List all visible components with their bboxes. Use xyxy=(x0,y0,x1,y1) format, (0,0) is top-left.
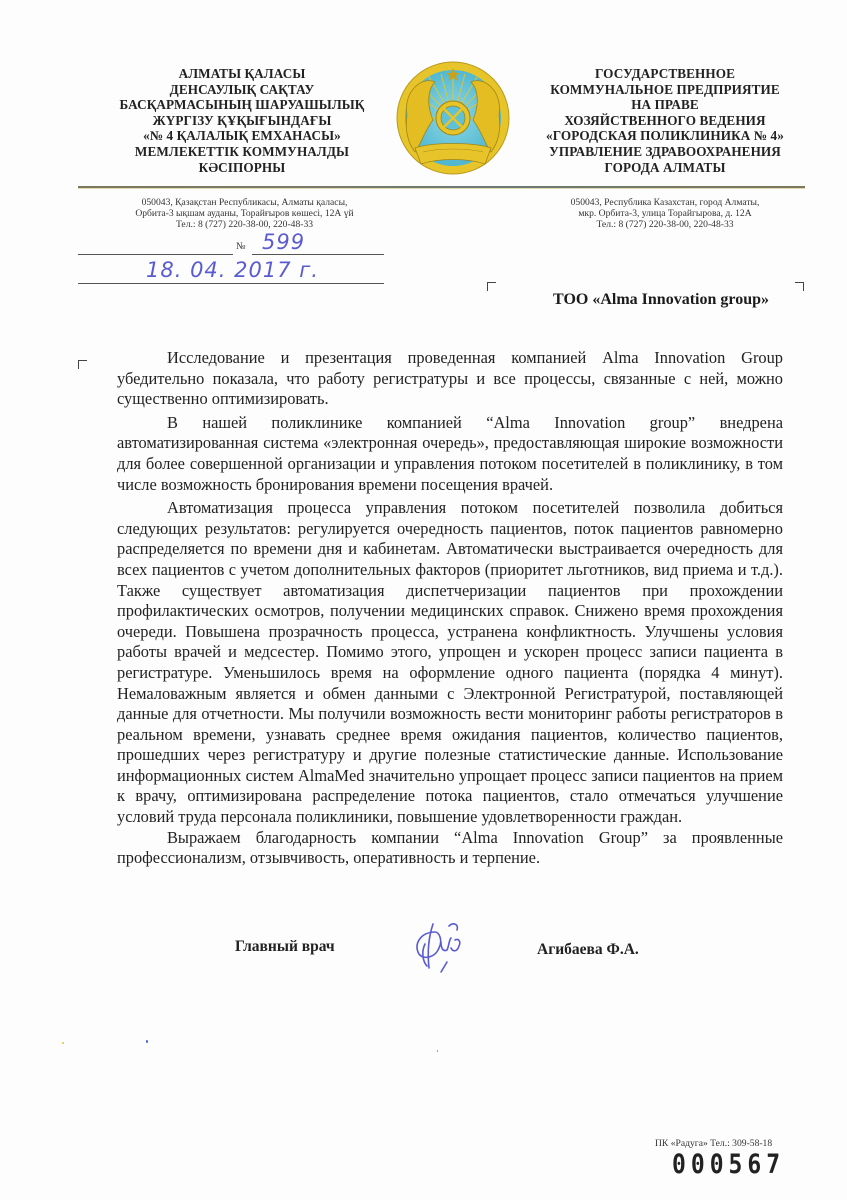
letter-body: Исследование и презентация проведенная к… xyxy=(117,348,783,869)
address-ru: 050043, Республика Казахстан, город Алма… xyxy=(515,197,815,231)
registration-line-right xyxy=(252,254,384,255)
corner-mark-icon xyxy=(78,360,87,369)
registration-line-left xyxy=(78,254,233,255)
header-line: БАСҚАРМАСЫНЫҢ ШАРУАШЫЛЫҚ xyxy=(82,97,402,113)
header-line: УПРАВЛЕНИЕ ЗДРАВООХРАНЕНИЯ xyxy=(505,144,825,160)
header-org-name-kz: АЛМАТЫ ҚАЛАСЫ ДЕНСАУЛЫҚ САҚТАУ БАСҚАРМАС… xyxy=(82,66,402,175)
address-line: Тел.: 8 (727) 220-38-00, 220-48-33 xyxy=(515,219,815,230)
header-line: ЖҮРГІЗУ ҚҰҚЫҒЫНДАҒЫ xyxy=(82,113,402,129)
addressee: ТОО «Alma Innovation group» xyxy=(553,291,769,309)
paragraph: В нашей поликлинике компанией “Alma Inno… xyxy=(117,413,783,495)
header-line: НА ПРАВЕ xyxy=(505,97,825,113)
printer-imprint: ПК «Радуга» Тел.: 309-58-18 xyxy=(655,1138,772,1149)
registration-number: 599 xyxy=(262,230,305,254)
scan-speck xyxy=(146,1040,148,1043)
registration-date: 18. 04. 2017 г. xyxy=(146,258,319,282)
header-line: «№ 4 ҚАЛАЛЫҚ ЕМХАНАСЫ» xyxy=(82,128,402,144)
header-org-name-ru: ГОСУДАРСТВЕННОЕ КОММУНАЛЬНОЕ ПРЕДПРИЯТИЕ… xyxy=(505,66,825,175)
paragraph: Автоматизация процесса управления потоко… xyxy=(117,498,783,828)
handwritten-signature-icon xyxy=(405,918,475,978)
signatory-name: Агибаева Ф.А. xyxy=(537,941,639,959)
corner-mark-icon xyxy=(487,282,496,291)
address-line: мкр. Орбита-3, улица Торайгырова, д. 12А xyxy=(515,208,815,219)
paragraph: Выражаем благодарность компании “Alma In… xyxy=(117,828,783,869)
header-line: АЛМАТЫ ҚАЛАСЫ xyxy=(82,66,402,82)
state-emblem-icon xyxy=(393,60,513,178)
header-line: ДЕНСАУЛЫҚ САҚТАУ xyxy=(82,82,402,98)
paragraph: Исследование и презентация проведенная к… xyxy=(117,348,783,410)
registration-number-label: № xyxy=(236,241,246,252)
header-line: КОММУНАЛЬНОЕ ПРЕДПРИЯТИЕ xyxy=(505,82,825,98)
address-line: Орбита-3 ықшам ауданы, Торайғыров көшесі… xyxy=(92,208,397,219)
registration-date-line xyxy=(78,283,384,284)
header-line: ХОЗЯЙСТВЕННОГО ВЕДЕНИЯ xyxy=(505,113,825,129)
header-line: МЕМЛЕКЕТТІК КОММУНАЛДЫ xyxy=(82,144,402,160)
header-line: ГОРОДА АЛМАТЫ xyxy=(505,160,825,176)
address-line: 050043, Республика Казахстан, город Алма… xyxy=(515,197,815,208)
address-line: 050043, Қазақстан Республикасы, Алматы қ… xyxy=(92,197,397,208)
signatory-title: Главный врач xyxy=(235,938,335,956)
header-line: «ГОРОДСКАЯ ПОЛИКЛИНИКА № 4» xyxy=(505,128,825,144)
letterhead-divider-accent xyxy=(78,188,805,189)
header-line: КӘСІПОРНЫ xyxy=(82,160,402,176)
form-serial-number: 000567 xyxy=(672,1150,785,1180)
header-line: ГОСУДАРСТВЕННОЕ xyxy=(505,66,825,82)
corner-mark-icon xyxy=(795,282,804,291)
address-line: Тел.: 8 (727) 220-38-00, 220-48-33 xyxy=(92,219,397,230)
address-kz: 050043, Қазақстан Республикасы, Алматы қ… xyxy=(92,197,397,231)
scan-speck xyxy=(62,1042,64,1044)
scan-speck xyxy=(437,1050,438,1052)
